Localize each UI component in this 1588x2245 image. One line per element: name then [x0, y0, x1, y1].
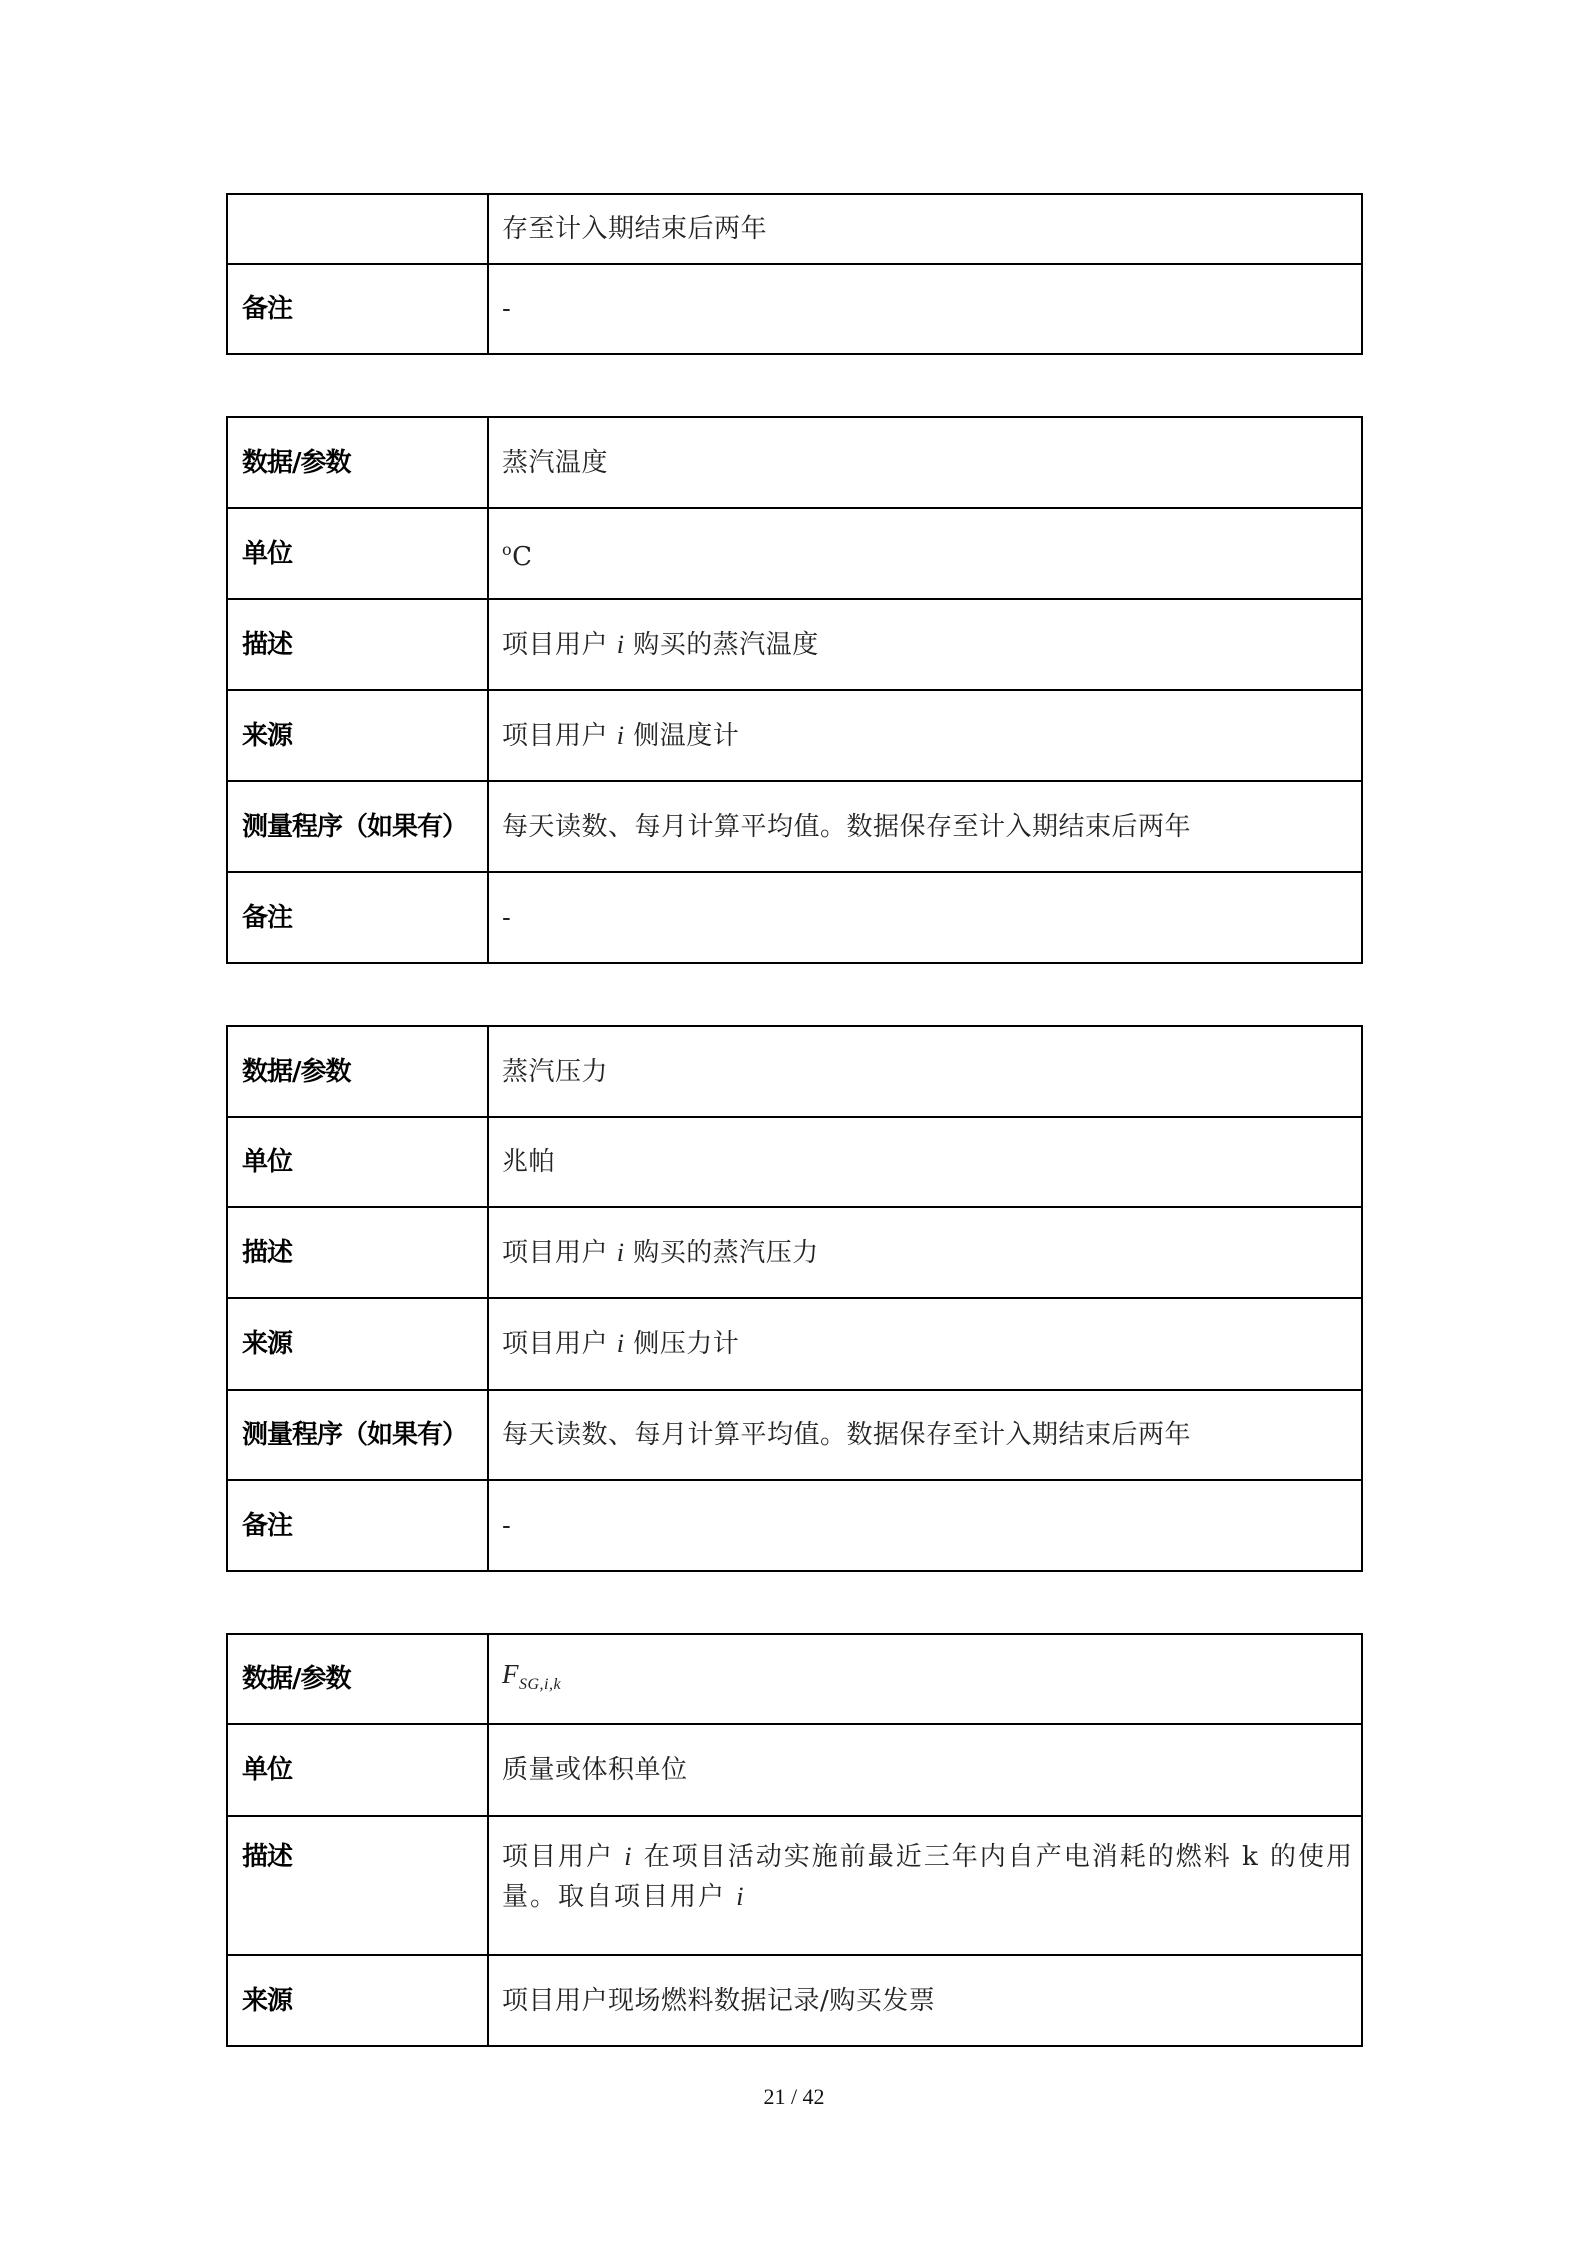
variable-i: i [617, 721, 625, 750]
row-value: 项目用户 i 侧压力计 [488, 1298, 1362, 1390]
parameter-subscript: SG,i,k [519, 1676, 561, 1693]
table-row: 来源 项目用户 i 侧压力计 [227, 1298, 1362, 1390]
variable-i: i [624, 1842, 633, 1871]
table-row: 单位 质量或体积单位 [227, 1724, 1362, 1816]
table-row: 单位 oC [227, 508, 1362, 599]
text-segment: 项目用户 [502, 1329, 617, 1359]
table-row: 单位 兆帕 [227, 1117, 1362, 1207]
text-segment: 侧温度计 [625, 721, 740, 751]
row-label: 测量程序（如果有） [227, 1390, 488, 1480]
row-label [227, 194, 488, 264]
variable-i: i [736, 1882, 745, 1911]
text-segment: 项目用户 [502, 1842, 624, 1872]
table-row: 备注 - [227, 264, 1362, 354]
row-value: 质量或体积单位 [488, 1724, 1362, 1816]
text-segment: 侧压力计 [625, 1329, 740, 1359]
row-value: 项目用户 i 购买的蒸汽温度 [488, 599, 1362, 690]
row-value: FSG,i,k [488, 1634, 1362, 1724]
table-row: 数据/参数 FSG,i,k [227, 1634, 1362, 1724]
row-label: 备注 [227, 264, 488, 354]
row-value: - [488, 872, 1362, 963]
parameter-table-steam-temperature: 数据/参数 蒸汽温度 单位 oC 描述 项目用户 i 购买的蒸汽温度 来源 项目… [226, 416, 1363, 964]
row-value: 蒸汽温度 [488, 417, 1362, 508]
text-segment: 购买的蒸汽压力 [625, 1238, 819, 1268]
row-label: 单位 [227, 1117, 488, 1207]
row-value: 项目用户 i 在项目活动实施前最近三年内自产电消耗的燃料 k 的使用 量。取自项… [488, 1816, 1362, 1955]
row-label: 来源 [227, 690, 488, 781]
parameter-table-continued: 存至计入期结束后两年 备注 - [226, 193, 1363, 355]
table-row: 描述 项目用户 i 购买的蒸汽温度 [227, 599, 1362, 690]
row-value: oC [488, 508, 1362, 599]
table-row: 备注 - [227, 872, 1362, 963]
row-label: 描述 [227, 1816, 488, 1955]
text-segment: 量。取自项目用户 [502, 1882, 736, 1912]
row-value: 项目用户现场燃料数据记录/购买发票 [488, 1955, 1362, 2046]
table-row: 来源 项目用户现场燃料数据记录/购买发票 [227, 1955, 1362, 2046]
text-segment: 购买的蒸汽温度 [625, 630, 819, 660]
page-number: 21 / 42 [0, 2084, 1588, 2110]
row-label: 数据/参数 [227, 1026, 488, 1117]
variable-i: i [617, 630, 625, 659]
row-label: 备注 [227, 1480, 488, 1571]
degree-superscript: o [502, 540, 512, 559]
row-value: 每天读数、每月计算平均值。数据保存至计入期结束后两年 [488, 1390, 1362, 1480]
table-row: 测量程序（如果有） 每天读数、每月计算平均值。数据保存至计入期结束后两年 [227, 781, 1362, 872]
parameter-symbol: F [502, 1659, 519, 1689]
row-value: 项目用户 i 侧温度计 [488, 690, 1362, 781]
row-label: 备注 [227, 872, 488, 963]
table-row: 描述 项目用户 i 在项目活动实施前最近三年内自产电消耗的燃料 k 的使用 量。… [227, 1816, 1362, 1955]
row-label: 来源 [227, 1298, 488, 1390]
row-label: 单位 [227, 1724, 488, 1816]
row-value: - [488, 264, 1362, 354]
table-row: 来源 项目用户 i 侧温度计 [227, 690, 1362, 781]
variable-i: i [617, 1238, 625, 1267]
text-segment: 项目用户 [502, 721, 617, 751]
table-row: 数据/参数 蒸汽温度 [227, 417, 1362, 508]
text-segment: 项目用户 [502, 630, 617, 660]
row-value: 存至计入期结束后两年 [488, 194, 1362, 264]
description-line-2: 量。取自项目用户 i [502, 1877, 1349, 1917]
parameter-table-steam-pressure: 数据/参数 蒸汽压力 单位 兆帕 描述 项目用户 i 购买的蒸汽压力 来源 项目… [226, 1025, 1363, 1572]
table-row: 测量程序（如果有） 每天读数、每月计算平均值。数据保存至计入期结束后两年 [227, 1390, 1362, 1480]
row-value: 蒸汽压力 [488, 1026, 1362, 1117]
variable-i: i [617, 1329, 625, 1358]
table-row: 数据/参数 蒸汽压力 [227, 1026, 1362, 1117]
text-segment: 项目用户 [502, 1238, 617, 1268]
table-row: 存至计入期结束后两年 [227, 194, 1362, 264]
row-label: 来源 [227, 1955, 488, 2046]
row-label: 数据/参数 [227, 417, 488, 508]
description-line-1: 项目用户 i 在项目活动实施前最近三年内自产电消耗的燃料 k 的使用 [502, 1837, 1349, 1877]
table-row: 备注 - [227, 1480, 1362, 1571]
row-label: 数据/参数 [227, 1634, 488, 1724]
row-value: 项目用户 i 购买的蒸汽压力 [488, 1207, 1362, 1298]
row-label: 描述 [227, 1207, 488, 1298]
text-segment: 在项目活动实施前最近三年内自产电消耗的燃料 k 的使用 [634, 1842, 1355, 1872]
row-value: 兆帕 [488, 1117, 1362, 1207]
row-label: 测量程序（如果有） [227, 781, 488, 872]
row-value: - [488, 1480, 1362, 1571]
unit-text: C [512, 542, 532, 572]
row-label: 描述 [227, 599, 488, 690]
row-label: 单位 [227, 508, 488, 599]
table-row: 描述 项目用户 i 购买的蒸汽压力 [227, 1207, 1362, 1298]
parameter-table-fuel-consumption: 数据/参数 FSG,i,k 单位 质量或体积单位 描述 项目用户 i 在项目活动… [226, 1633, 1363, 2047]
row-value: 每天读数、每月计算平均值。数据保存至计入期结束后两年 [488, 781, 1362, 872]
